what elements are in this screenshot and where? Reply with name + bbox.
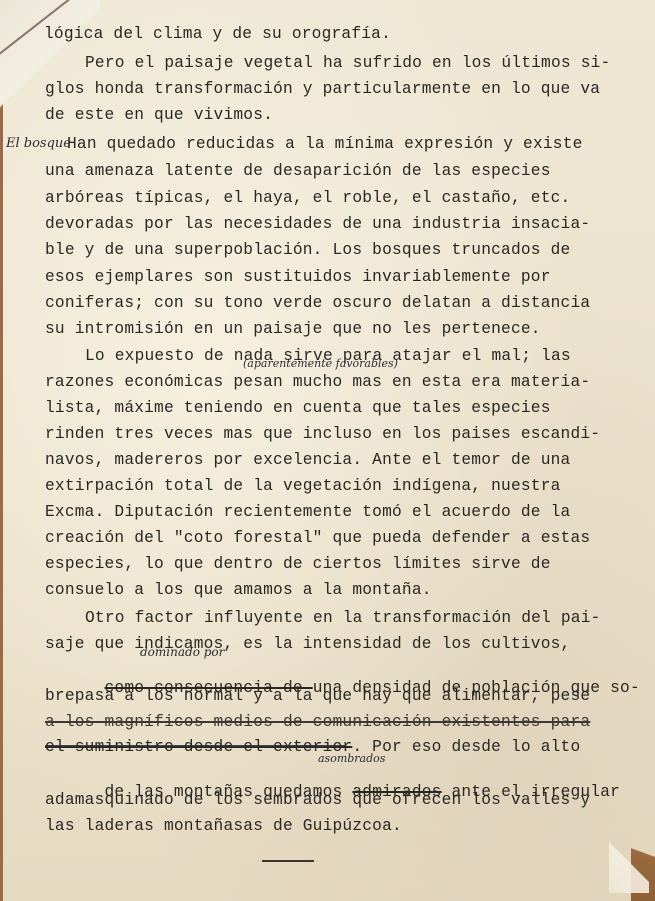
text-line: extirpación total de la vegetación indíg… (45, 477, 561, 495)
text-line: brepasa a los normal y a la que hay que … (45, 687, 590, 705)
text-line: las laderas montañasas de Guipúzcoa. (45, 817, 402, 835)
line-remainder: . Por eso desde lo alto (352, 738, 580, 756)
text-line: navos, madereros por excelencia. Ante el… (45, 451, 570, 469)
document-page: lógica del clima y de su orografía. Pero… (0, 0, 655, 901)
text-line: razones económicas pesan mucho mas en es… (45, 373, 590, 391)
text-line: Pero el paisaje vegetal ha sufrido en lo… (85, 54, 610, 72)
handwritten-margin-note: El bosque (6, 136, 71, 151)
typewritten-text: lógica del clima y de su orografía. Pero… (0, 0, 40, 648)
text-line: lógica del clima y de su orografía. (44, 25, 391, 43)
text-line: devoradas por las necesidades de una ind… (45, 215, 590, 233)
text-line: lista, máxime teniendo en cuenta que tal… (45, 399, 551, 417)
text-line: de este en que vivimos. (45, 106, 273, 124)
text-line: consuelo a los que amamos a la montaña. (45, 581, 432, 599)
text-line: su intromisión en un paisaje que no les … (45, 320, 541, 338)
text-line: rinden tres veces mas que incluso en los… (45, 425, 600, 443)
handwritten-insertion: asombrados (318, 752, 385, 765)
text-line: Han quedado reducidas a la mínima expres… (67, 135, 583, 153)
text-line: ble y de una superpoblación. Los bosques… (45, 241, 570, 259)
end-rule (262, 860, 314, 862)
text-line: el suministro desde el exterior. Por eso… (45, 738, 580, 756)
text-line: arbóreas típicas, el haya, el roble, el … (45, 189, 570, 207)
handwritten-insertion: (aparentemente favorables) (243, 357, 398, 370)
text-line: una amenaza latente de desaparición de l… (45, 162, 551, 180)
text-line: especies, lo que dentro de ciertos límit… (45, 555, 551, 573)
text-line: coniferas; con su tono verde oscuro dela… (45, 294, 590, 312)
text-line: esos ejemplares son sustituidos invariab… (45, 268, 551, 286)
struck-text: el suministro desde el exterior (45, 738, 352, 756)
handwritten-insertion: dominado por (140, 645, 224, 659)
text-line: Otro factor influyente en la transformac… (85, 609, 601, 627)
text-line: adamasquinado de los sembrados que ofrec… (45, 791, 590, 809)
text-line: creación del "coto forestal" que pueda d… (45, 529, 590, 547)
text-line: Excma. Diputación recientemente tomó el … (45, 503, 570, 521)
scribble-deletion (45, 745, 345, 747)
text-line: glos honda transformación y particularme… (45, 80, 600, 98)
text-line: saje que indicamos, es la intensidad de … (45, 635, 570, 653)
struck-line: a los magníficos medios de comunicación … (45, 713, 590, 731)
curled-corner (609, 833, 649, 893)
